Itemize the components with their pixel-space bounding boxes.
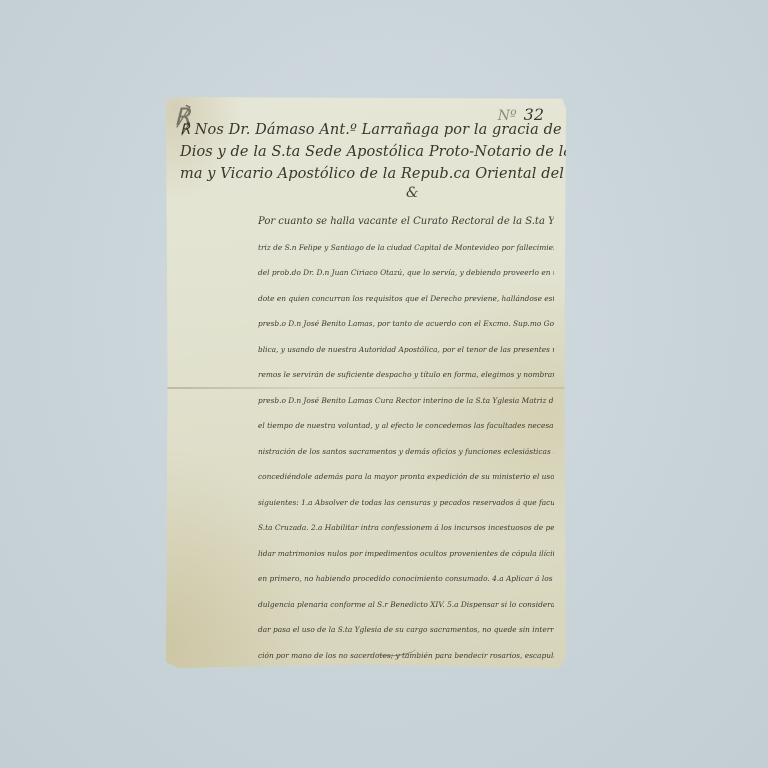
- document-body: Por cuanto se halla vacante el Curato Re…: [258, 209, 554, 768]
- body-line: lidar matrimonios nulos por impedimentos…: [258, 541, 554, 567]
- body-line: el tiempo de nuestra voluntad, y al efec…: [258, 413, 554, 439]
- body-line: dulgencia plenaria conforme al S.r Bened…: [258, 592, 554, 618]
- body-line: remos le servirán de suficiente despacho…: [258, 362, 554, 388]
- body-line: del prob.do Dr. D.n Juan Ciriaco Otazú, …: [258, 260, 554, 286]
- body-line: triz de S.n Felipe y Santiago de la ciud…: [258, 235, 554, 261]
- body-line: nistración de los santos sacramentos y d…: [258, 439, 554, 465]
- body-line: S.ta Cruzada. 2.a Habilitar intra confes…: [258, 515, 554, 541]
- body-line: blica, y usando de nuestra Autoridad Apo…: [258, 337, 554, 363]
- heading-line: Dios y de la S.ta Sede Apostólica Proto-…: [180, 141, 552, 163]
- document-heading: ℟ Nos Dr. Dámaso Ant.º Larrañaga por la …: [180, 119, 552, 185]
- body-line: nado Clérigo Presb.o D.n José Benito Lam…: [258, 719, 554, 745]
- body-line: emolumentos que le corresponden conforme…: [258, 745, 554, 768]
- body-line: dote en quien concurran los requisitos q…: [258, 286, 554, 312]
- body-line: siguientes: 1.a Absolver de todas las ce…: [258, 490, 554, 516]
- body-line: S.ta Yglesia Matriz de S.n Felipe y Sant…: [258, 694, 554, 720]
- body-line: damos á todos nuestros súbditos, en lo e…: [258, 668, 554, 694]
- body-line: presb.o D.n José Benito Lamas Cura Recto…: [258, 388, 554, 414]
- body-line: presb.o D.n José Benito Lamas, por tanto…: [258, 311, 554, 337]
- body-line: Por cuanto se halla vacante el Curato Re…: [258, 209, 554, 235]
- body-line: concediéndole además para la mayor pront…: [258, 464, 554, 490]
- heading-line: ℟ Nos Dr. Dámaso Ant.º Larrañaga por la …: [180, 119, 552, 141]
- manuscript-page: ℟ Nº 32 ℟ Nos Dr. Dámaso Ant.º Larrañaga…: [166, 97, 566, 668]
- heading-line: ma y Vicario Apostólico de la Repub.ca O…: [180, 163, 552, 185]
- body-line: en primero, no habiendo procedido conoci…: [258, 566, 554, 592]
- heading-flourish: &: [406, 185, 418, 201]
- body-line: dar pasa el uso de la S.ta Yglesia de su…: [258, 617, 554, 643]
